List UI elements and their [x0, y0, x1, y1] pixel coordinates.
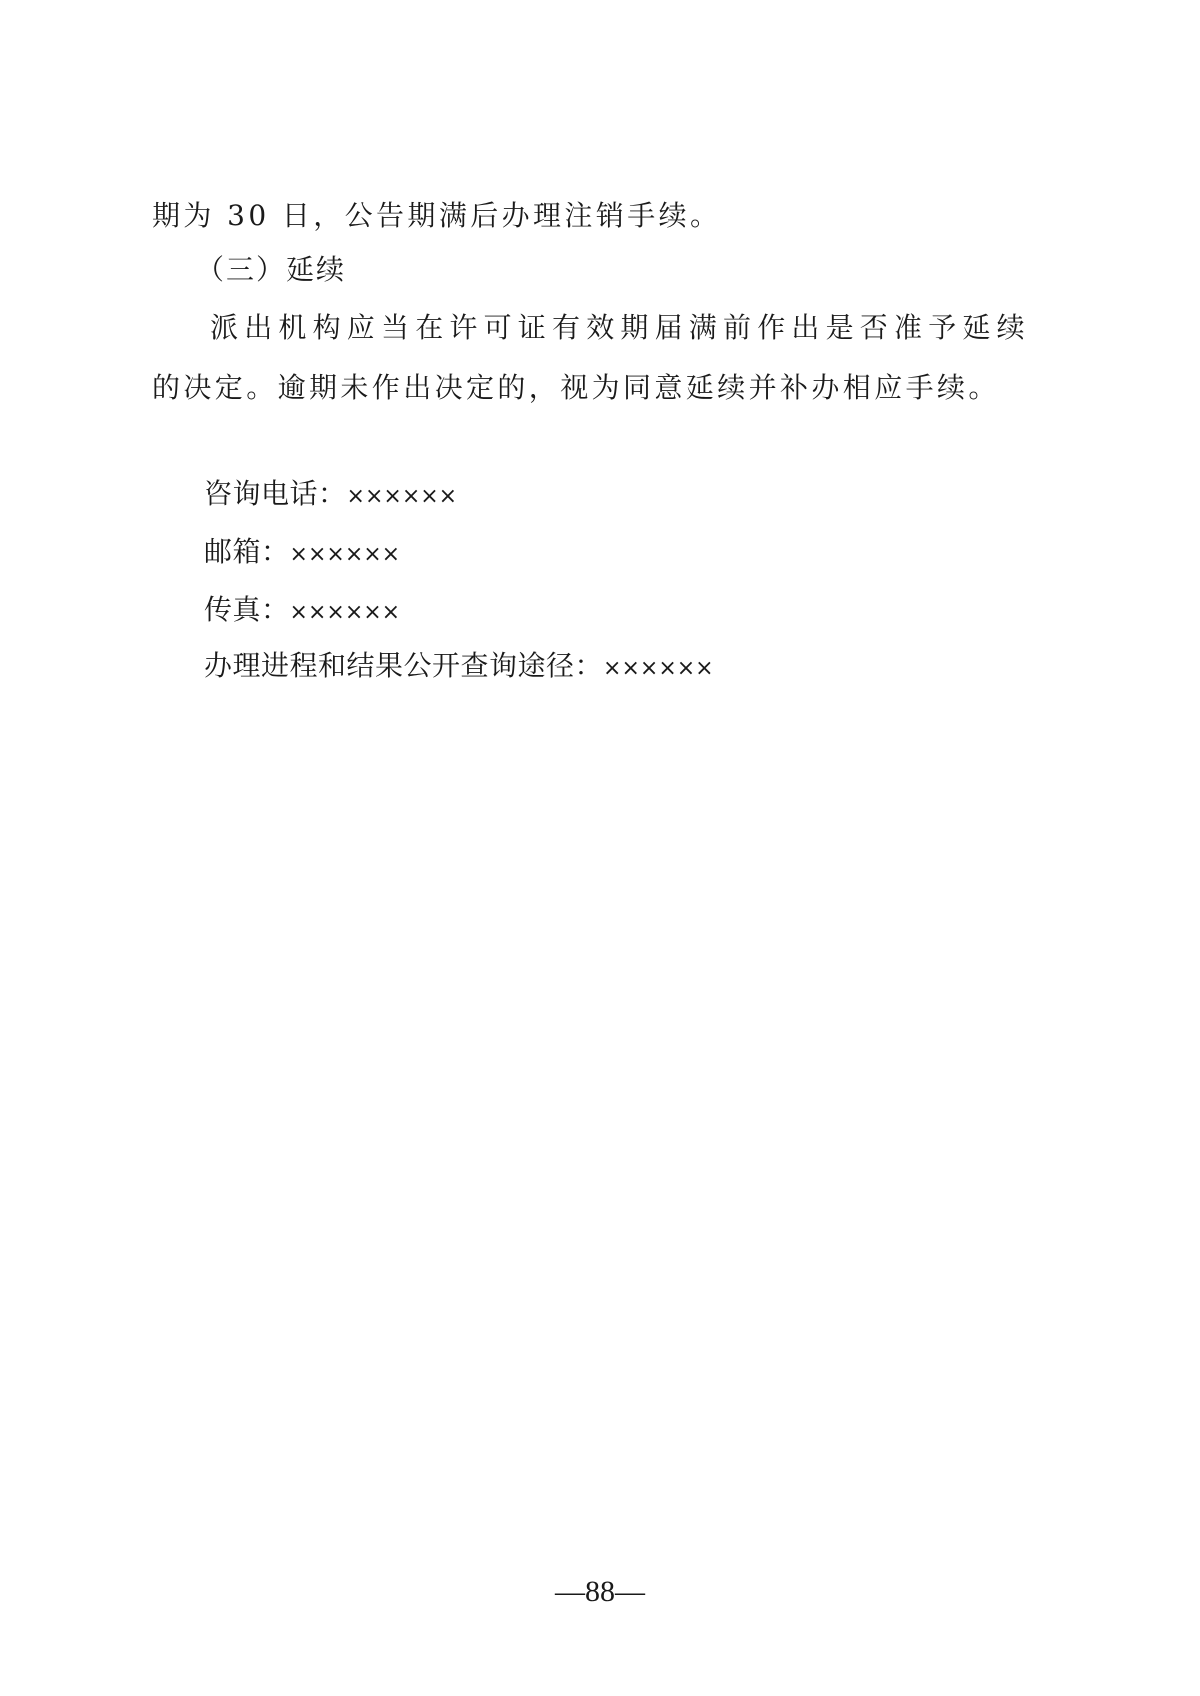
contact-email-label: 邮箱：	[204, 535, 290, 568]
contact-query-channel-label: 办理进程和结果公开查询途径：	[204, 649, 603, 682]
contact-fax-value: ××××××	[290, 600, 401, 625]
paragraph-line-cancellation-end: 期为 30 日，公告期满后办理注销手续。	[152, 196, 721, 236]
section-heading-renewal: （三）延续	[196, 250, 346, 290]
contact-phone-value: ××××××	[347, 484, 458, 509]
contact-fax-label: 传真：	[204, 593, 290, 626]
contact-fax: 传真：××××××	[204, 590, 400, 633]
contact-query-channel: 办理进程和结果公开查询途径：××××××	[204, 646, 714, 689]
paragraph-line-renewal-2: 的决定。逾期未作出决定的，视为同意延续并补办相应手续。	[152, 368, 1000, 408]
contact-phone: 咨询电话：××××××	[204, 474, 457, 517]
page-number: —88—	[0, 1574, 1200, 1610]
document-page: 期为 30 日，公告期满后办理注销手续。 （三）延续 派出机构应当在许可证有效期…	[0, 0, 1200, 1696]
contact-phone-label: 咨询电话：	[204, 477, 347, 510]
contact-query-channel-value: ××××××	[603, 656, 714, 681]
contact-email: 邮箱：××××××	[204, 532, 400, 575]
contact-email-value: ××××××	[290, 542, 401, 567]
paragraph-line-renewal-1: 派出机构应当在许可证有效期届满前作出是否准予延续	[210, 308, 1031, 348]
